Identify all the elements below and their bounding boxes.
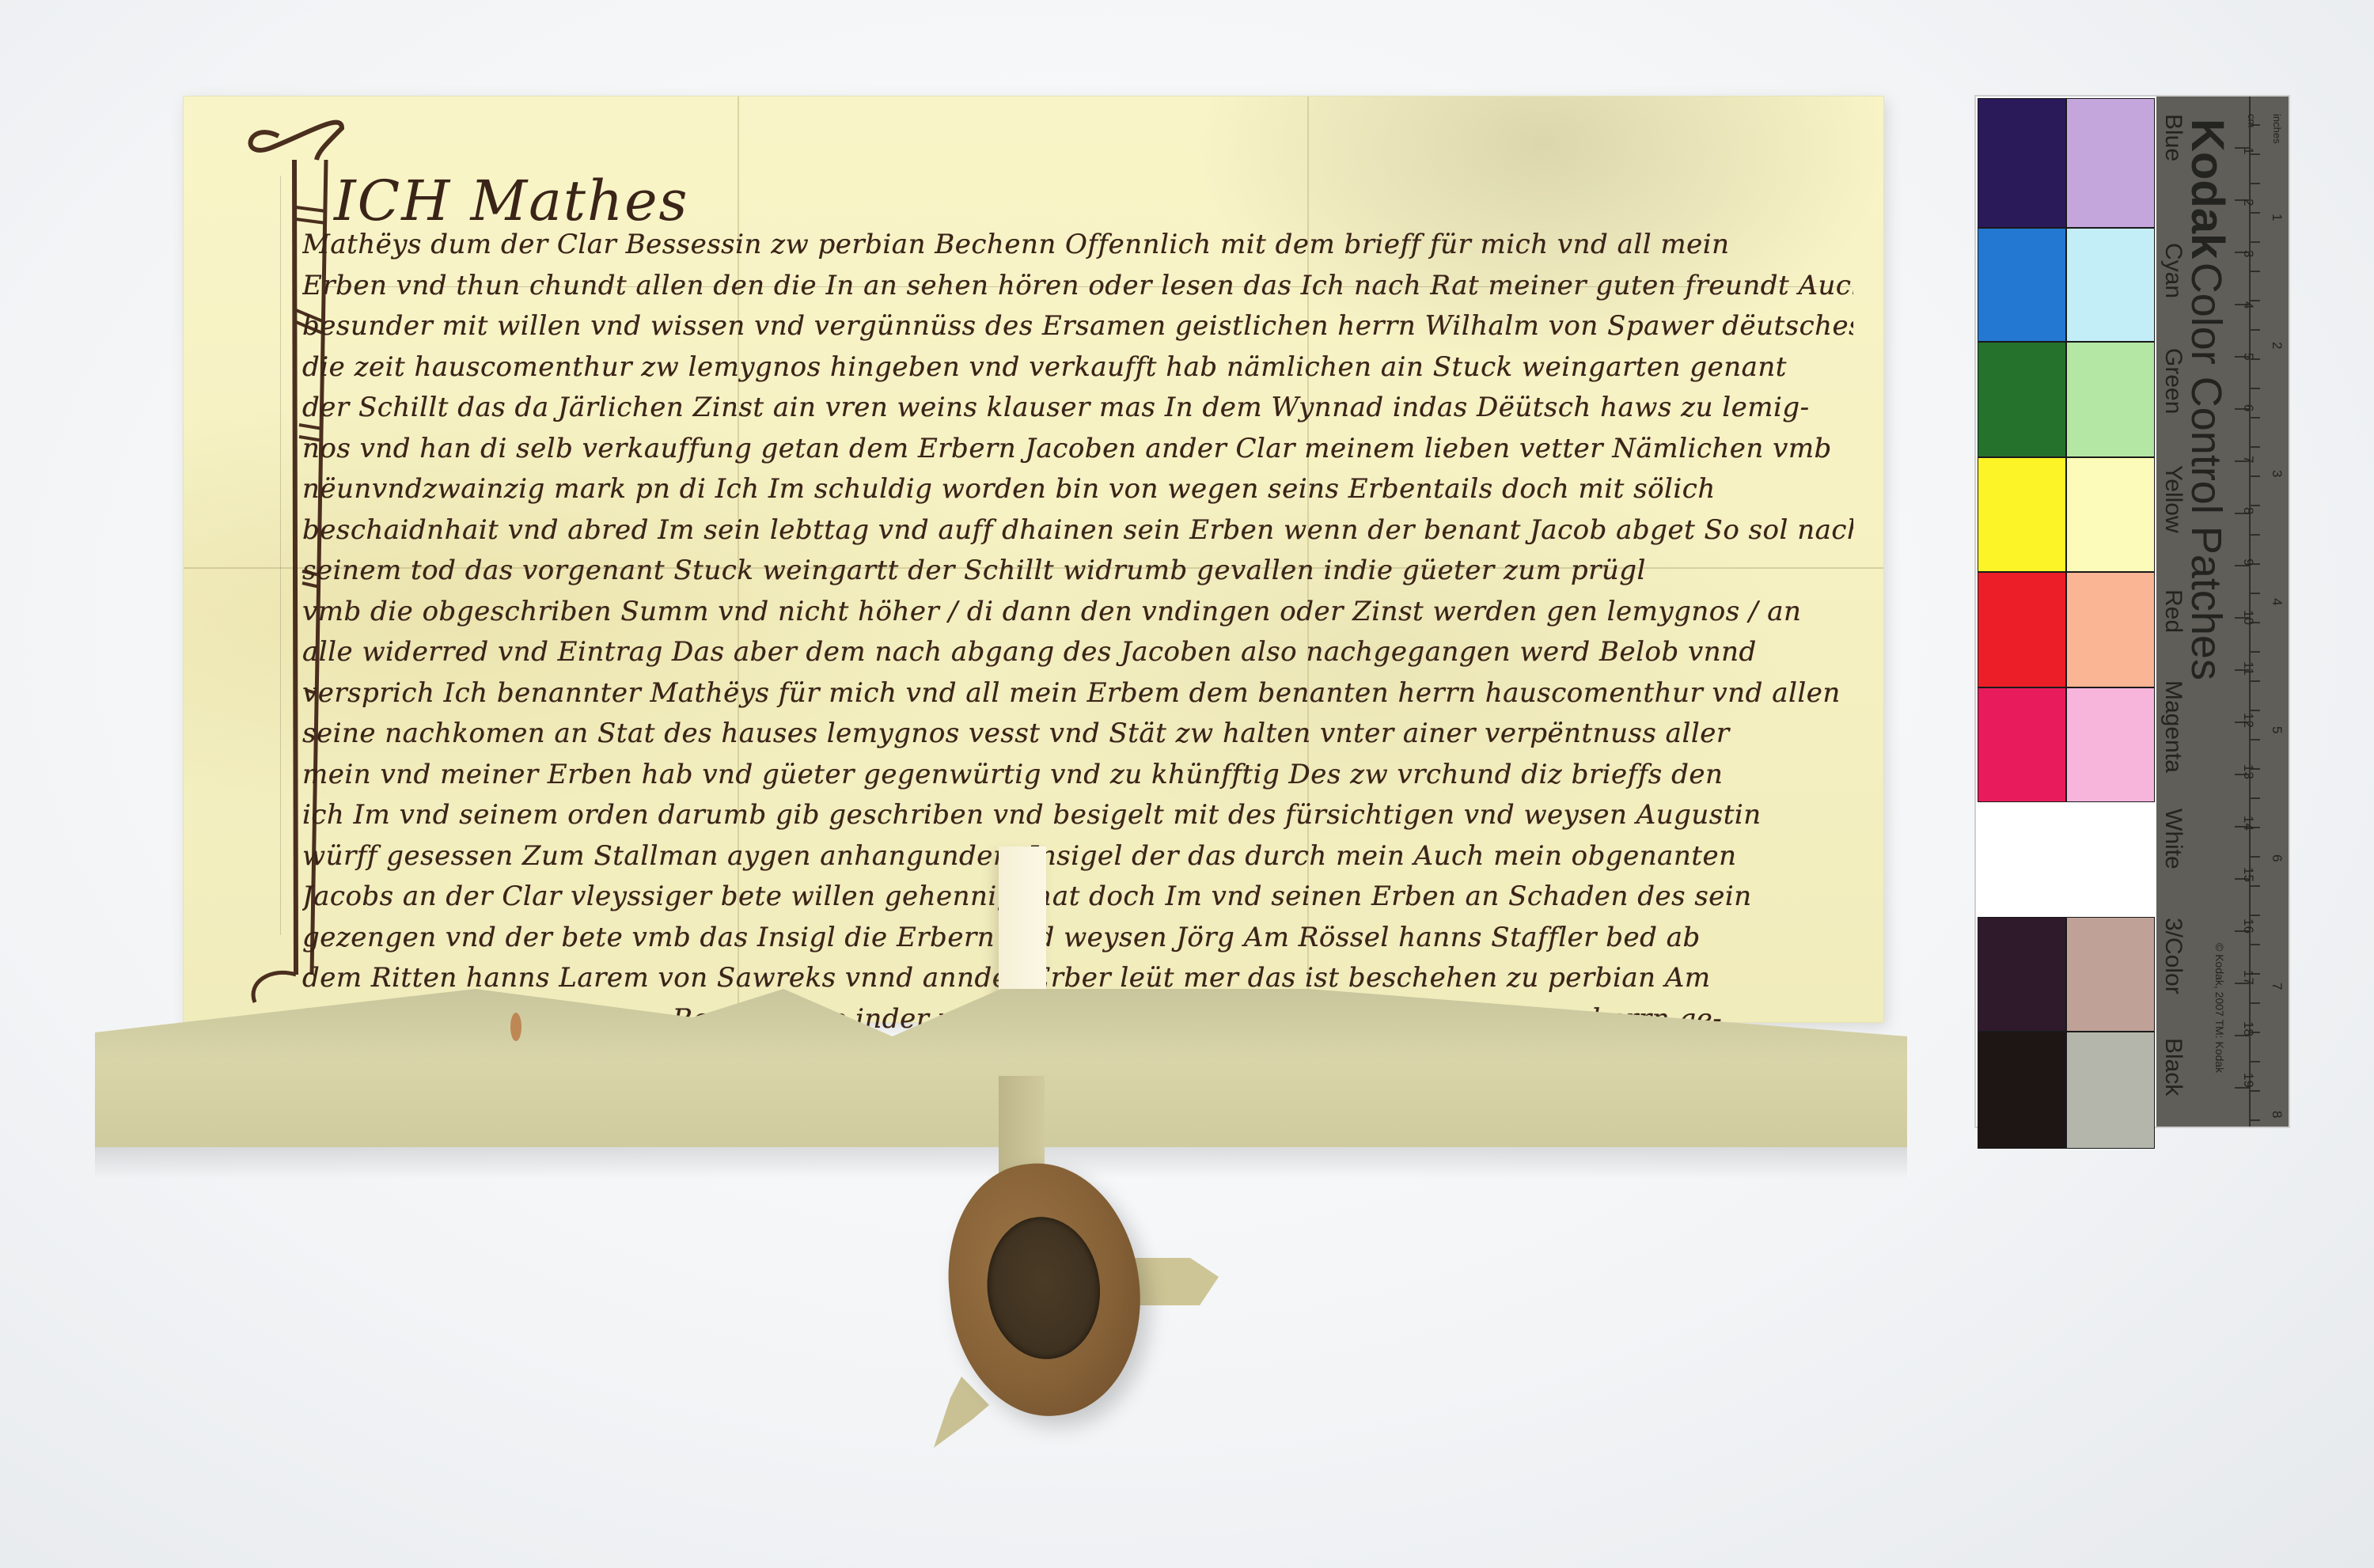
patch-white — [1978, 802, 2155, 917]
patch-blue-light — [2066, 98, 2155, 228]
cm-tick-label: 12 — [2240, 713, 2256, 728]
seal-impression-icon — [980, 1211, 1107, 1365]
seal-tag-top — [999, 846, 1046, 1005]
text-line: Mathëys dum der Clar Bessessin zw perbia… — [302, 225, 1853, 266]
chart-title: Color Control Patches — [2182, 263, 2230, 680]
patch-3color-dark — [1978, 917, 2066, 1032]
brand-name: Kodak — [2182, 119, 2233, 259]
patch-green-dark — [1978, 342, 2066, 457]
patch-green-light — [2066, 342, 2155, 457]
cm-tick-label: 6 — [2240, 404, 2256, 411]
label-magenta: Magenta — [2160, 680, 2186, 773]
kodak-color-chart: Blue Cyan Green Yellow Red Magenta White… — [1976, 97, 2289, 1127]
cm-tick-label: 2 — [2240, 199, 2256, 206]
text-line: würff gesessen Zum Stallman aygen anhang… — [302, 836, 1853, 877]
patch-3color-light — [2066, 917, 2155, 1032]
charter-text: ICH Mathes Mathëys dum der Clar Bessessi… — [302, 169, 1853, 1081]
text-line: der Schillt das da Järlichen Zinst ain v… — [302, 388, 1853, 429]
text-line: Jacobs an der Clar vleyssiger bete wille… — [302, 877, 1853, 918]
text-line: Erben vnd thun chundt allen den die In a… — [302, 266, 1853, 307]
inch-tick-label: 5 — [2269, 726, 2285, 733]
text-line: beschaidnhait vnd abred Im sein lebttag … — [302, 510, 1853, 551]
patch-magenta-dark — [1978, 687, 2066, 802]
copyright-text: © Kodak, 2007 TM: Kodak — [2213, 943, 2226, 1073]
text-line: alle widerred vnd Eintrag Das aber dem n… — [302, 632, 1853, 673]
label-3color: 3/Color — [2160, 918, 2186, 994]
label-white: White — [2160, 809, 2186, 869]
label-black: Black — [2160, 1038, 2186, 1096]
text-line: nos vnd han di selb verkauffung getan de… — [302, 429, 1853, 470]
inch-tick-label: 7 — [2269, 983, 2285, 990]
cm-tick-label: 14 — [2240, 816, 2256, 831]
patch-cyan-dark — [1978, 228, 2066, 342]
color-patches — [1978, 98, 2155, 1125]
cm-tick-label: 15 — [2240, 867, 2256, 882]
inch-tick-label: 2 — [2269, 342, 2285, 349]
cm-tick-label: 10 — [2240, 610, 2256, 625]
cm-tick-label: 13 — [2240, 764, 2256, 779]
patch-blue-dark — [1978, 98, 2066, 228]
text-line: besunder mit willen vnd wissen vnd vergü… — [302, 306, 1853, 347]
text-line: ich Im vnd seinem orden darumb gib gesch… — [302, 795, 1853, 836]
inch-tick-label: 1 — [2269, 214, 2285, 221]
patch-cyan-light — [2066, 228, 2155, 342]
patch-black-light — [2066, 1032, 2155, 1149]
patch-black-dark — [1978, 1032, 2066, 1149]
patch-yellow-light — [2066, 457, 2155, 572]
cm-tick-label: 7 — [2240, 456, 2256, 463]
text-line: die zeit hauscomenthur zw lemygnos hinge… — [302, 347, 1853, 388]
inch-tick-label: 4 — [2269, 598, 2285, 605]
ruler-strip: Blue Cyan Green Yellow Red Magenta White… — [2156, 97, 2289, 1127]
inch-tick-label: 8 — [2269, 1111, 2285, 1118]
cm-tick-label: 18 — [2240, 1021, 2256, 1036]
inch-tick-label: 3 — [2269, 470, 2285, 477]
cm-tick-label: 1 — [2240, 147, 2256, 154]
text-line: vmb die obgeschriben Summ vnd nicht höhe… — [302, 592, 1853, 633]
text-line: gezengen vnd der bete vmb das Insigl die… — [302, 918, 1853, 959]
text-line: mein vnd meiner Erben hab vnd güeter geg… — [302, 755, 1853, 796]
text-line: versprich Ich benannter Mathëys für mich… — [302, 673, 1853, 714]
cm-tick-label: 8 — [2240, 507, 2256, 514]
cm-tick-label: 11 — [2240, 661, 2256, 676]
text-line: seinem tod das vorgenant Stuck weingartt… — [302, 551, 1853, 592]
red-stain — [510, 1013, 521, 1041]
patch-red-dark — [1978, 572, 2066, 687]
patch-yellow-dark — [1978, 457, 2066, 572]
patch-red-light — [2066, 572, 2155, 687]
cm-tick-label: 5 — [2240, 353, 2256, 360]
cm-tick-label: 9 — [2240, 559, 2256, 566]
cm-tick-label: 3 — [2240, 250, 2256, 257]
patch-magenta-light — [2066, 687, 2155, 802]
cm-tick-label: 19 — [2240, 1073, 2256, 1088]
cm-tick-label: 17 — [2240, 970, 2256, 985]
opening-words: ICH Mathes — [334, 169, 688, 233]
inch-unit-label: inches — [2271, 114, 2283, 144]
kodak-title: Kodak Color Control Patches — [2181, 119, 2234, 680]
cm-tick-label: 16 — [2240, 918, 2256, 934]
text-line: seine nachkomen an Stat des hauses lemyg… — [302, 714, 1853, 755]
cm-tick-label: 4 — [2240, 301, 2256, 309]
text-line: nëunvndzwainzig mark pn di Ich Im schuld… — [302, 469, 1853, 510]
cm-unit-label: cm — [2246, 114, 2258, 127]
inch-tick-label: 6 — [2269, 854, 2285, 862]
